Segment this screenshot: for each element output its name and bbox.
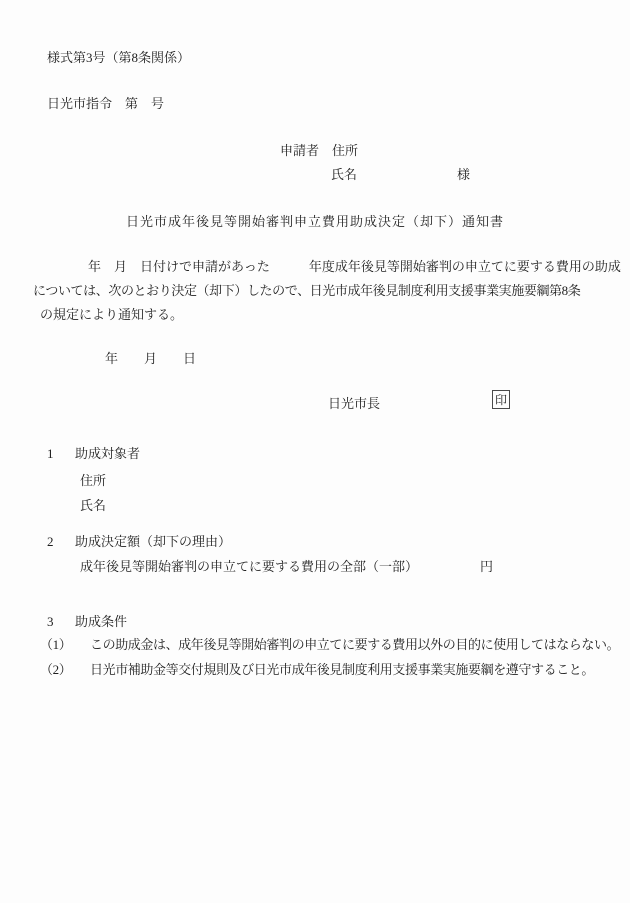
seal-mark: 印 [495,393,507,407]
section-2-currency-unit: 円 [480,558,493,576]
section-1-address-label: 住所 [80,472,106,490]
body-paragraph-line-1: 年 月 日付けで申請があった 年度成年後見等開始審判の申立てに要する費用の助成 [33,258,621,276]
signer-title: 日光市長 [328,395,380,413]
issue-date-line: 年 月 日 [105,350,196,368]
section-3-heading-line: 3 助成条件 [47,613,127,631]
applicant-name-label: 氏名 [331,166,357,184]
condition-2-number: （2） [40,661,90,679]
section-3-condition-1: （1） この助成金は、成年後見等開始審判の申立てに要する費用以外の目的に使用して… [40,636,619,654]
section-3-number: 3 [47,613,75,631]
section-2-amount-line: 成年後見等開始審判の申立てに要する費用の全部（一部） [80,558,418,576]
document-page: 様式第3号（第8条関係） 日光市指令 第 号 申請者 住所 氏名 様 日光市成年… [0,0,630,903]
section-1-heading-line: 1 助成対象者 [47,445,140,463]
section-1-number: 1 [47,445,75,463]
body-paragraph-line-3: の規定により通知する。 [40,306,183,324]
section-2-heading: 助成決定額（却下の理由） [75,533,231,551]
section-1-name-label: 氏名 [80,497,106,515]
form-number: 様式第3号（第8条関係） [47,49,190,67]
document-title: 日光市成年後見等開始審判申立費用助成決定（却下）通知書 [0,213,630,231]
section-2-number: 2 [47,533,75,551]
condition-1-number: （1） [40,636,90,654]
applicant-honorific: 様 [457,166,470,184]
condition-2-text: 日光市補助金等交付規則及び日光市成年後見制度利用支援事業実施要綱を遵守すること。 [90,661,594,679]
section-3-condition-2: （2） 日光市補助金等交付規則及び日光市成年後見制度利用支援事業実施要綱を遵守す… [40,661,594,679]
section-3-heading: 助成条件 [75,613,127,631]
directive-number-line: 日光市指令 第 号 [47,95,164,113]
condition-1-text: この助成金は、成年後見等開始審判の申立てに要する費用以外の目的に使用してはならな… [90,636,619,654]
section-1-heading: 助成対象者 [75,445,140,463]
applicant-address-line: 申請者 住所 [280,142,358,160]
section-2-heading-line: 2 助成決定額（却下の理由） [47,533,231,551]
seal-placeholder-box: 印 [492,390,510,409]
body-paragraph-line-2: については、次のとおり決定（却下）したので、日光市成年後見制度利用支援事業実施要… [33,282,580,300]
